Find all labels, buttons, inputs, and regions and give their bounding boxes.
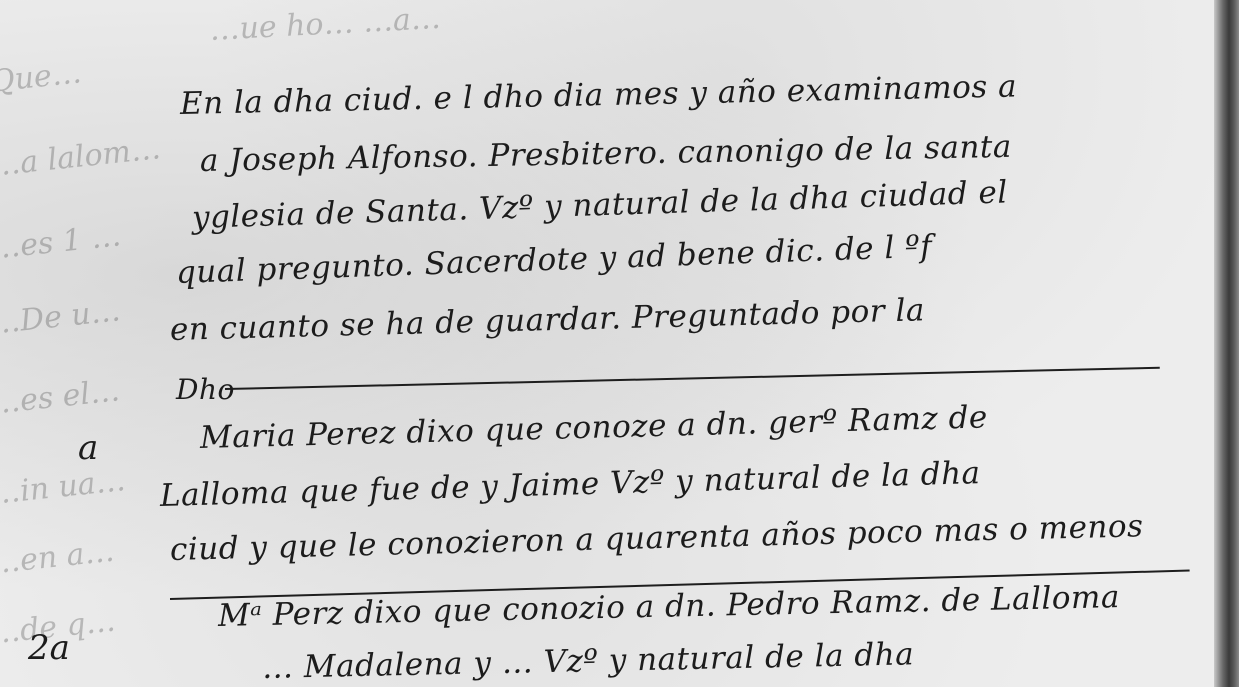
- bleed-through-line: …es el…: [0, 373, 122, 421]
- manuscript-page: …ue ho… …a… Que… …a lalom… …es 1 … …De u…: [0, 0, 1214, 687]
- manuscript-line: Mᵃ Perz dixo que conozio a dn. Pedro Ram…: [218, 579, 1121, 634]
- manuscript-line: en cuanto se ha de guardar. Preguntado p…: [170, 292, 926, 348]
- margin-note: a: [78, 428, 98, 468]
- margin-note: 2a: [28, 628, 70, 668]
- bleed-through-line: Que…: [0, 55, 83, 99]
- bleed-through-line: …a lalom…: [0, 131, 162, 184]
- bleed-through-line: …in ua…: [0, 463, 127, 512]
- section-divider-rule: [225, 367, 1160, 390]
- bleed-through-line: …es 1 …: [0, 218, 123, 267]
- manuscript-line: Maria Perez dixo que conoze a dn. gerº R…: [200, 399, 989, 456]
- bleed-through-line: …en a…: [0, 534, 116, 582]
- manuscript-line: a Joseph Alfonso. Presbitero. canonigo d…: [200, 129, 1012, 179]
- manuscript-line: qual pregunto. Sacerdote y ad bene dic. …: [175, 229, 932, 291]
- manuscript-line: … Madalena y … Vzº y natural de la dha: [262, 636, 915, 686]
- manuscript-line: yglesia de Santa. Vzº y natural de la dh…: [191, 174, 1008, 236]
- manuscript-line: ciud y que le conozieron a quarenta años…: [170, 508, 1144, 568]
- manuscript-line: Lalloma que fue de y Jaime Vzº y natural…: [159, 455, 981, 514]
- bleed-through-line: …De u…: [0, 293, 122, 341]
- page-binding-edge: [1214, 0, 1239, 687]
